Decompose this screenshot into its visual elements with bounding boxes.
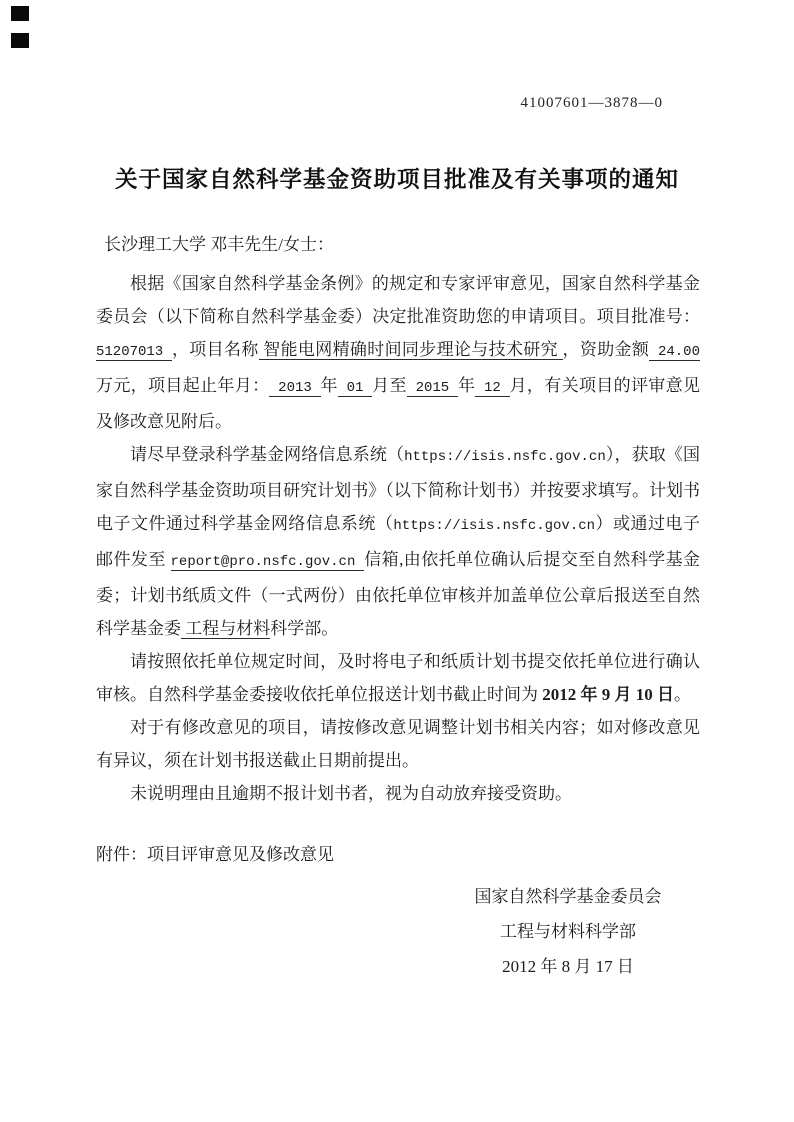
isis-url: https://isis.nsfc.gov.cn <box>404 449 606 465</box>
attachment-line: 附件：项目评审意见及修改意见 <box>96 840 700 865</box>
text-run: 请尽早登录科学基金网络信息系统（ <box>130 445 404 464</box>
end-year-value: 2015 <box>407 380 458 397</box>
scanned-notice-page: 41007601—3878—0 关于国家自然科学基金资助项目批准及有关事项的通知… <box>0 0 794 1122</box>
submission-deadline: 2012 年 9 月 10 日 <box>542 685 674 704</box>
project-title-value: 智能电网精确时间同步理论与技术研究 <box>259 340 563 360</box>
body-paragraphs: 根据《国家自然科学基金条例》的规定和专家评审意见，国家自然科学基金委员会（以下简… <box>96 267 700 810</box>
paragraph: 对于有修改意见的项目，请按修改意见调整计划书相关内容；如对修改意见有异议，须在计… <box>96 711 700 777</box>
signature-block: 国家自然科学基金委员会工程与材料科学部2012 年 8 月 17 日 <box>470 879 666 984</box>
text-run: 。 <box>674 685 691 704</box>
grant-number-value: 51207013 <box>96 344 172 361</box>
department-blank-value: 工程与材料 <box>181 619 270 639</box>
text-run: 对于有修改意见的项目，请按修改意见调整计划书相关内容；如对修改意见有异议，须在计… <box>96 718 700 770</box>
paragraph: 请尽早登录科学基金网络信息系统（https://isis.nsfc.gov.cn… <box>96 438 700 645</box>
isis-url: https://isis.nsfc.gov.cn <box>393 518 595 534</box>
text-run: 未说明理由且逾期不报计划书者，视为自动放弃接受资助。 <box>130 784 572 803</box>
paragraph: 请按照依托单位规定时间，及时将电子和纸质计划书提交依托单位进行确认审核。自然科学… <box>96 645 700 711</box>
text-run: ，资助金额 <box>563 340 650 359</box>
salutation: 长沙理工大学 邓丰先生/女士： <box>104 230 700 255</box>
text-run: 年 <box>321 376 338 395</box>
text-run: 根据《国家自然科学基金条例》的规定和专家评审意见，国家自然科学基金委员会（以下简… <box>96 274 700 326</box>
end-month-value: 12 <box>475 380 509 397</box>
text-run: ，项目名称 <box>172 340 259 359</box>
scan-artifact-mark <box>11 6 29 21</box>
scan-artifact-mark <box>11 33 29 48</box>
start-month-value: 01 <box>338 380 372 397</box>
text-run: 科学部。 <box>270 619 338 638</box>
signature-department: 工程与材料科学部 <box>470 914 666 949</box>
signature-date: 2012 年 8 月 17 日 <box>470 949 666 984</box>
signature-org: 国家自然科学基金委员会 <box>470 879 666 914</box>
document-number: 41007601—3878—0 <box>0 0 794 112</box>
notice-title: 关于国家自然科学基金资助项目批准及有关事项的通知 <box>40 162 754 194</box>
paragraph: 未说明理由且逾期不报计划书者，视为自动放弃接受资助。 <box>96 777 700 810</box>
funding-amount-value: 24.00 <box>649 344 700 361</box>
report-email: report@pro.nsfc.gov.cn <box>171 554 365 571</box>
start-year-value: 2013 <box>269 380 320 397</box>
paragraph: 根据《国家自然科学基金条例》的规定和专家评审意见，国家自然科学基金委员会（以下简… <box>96 267 700 438</box>
text-run: 年 <box>458 376 475 395</box>
text-run: 万元，项目起止年月： <box>96 376 269 395</box>
text-run: 月至 <box>372 376 407 395</box>
